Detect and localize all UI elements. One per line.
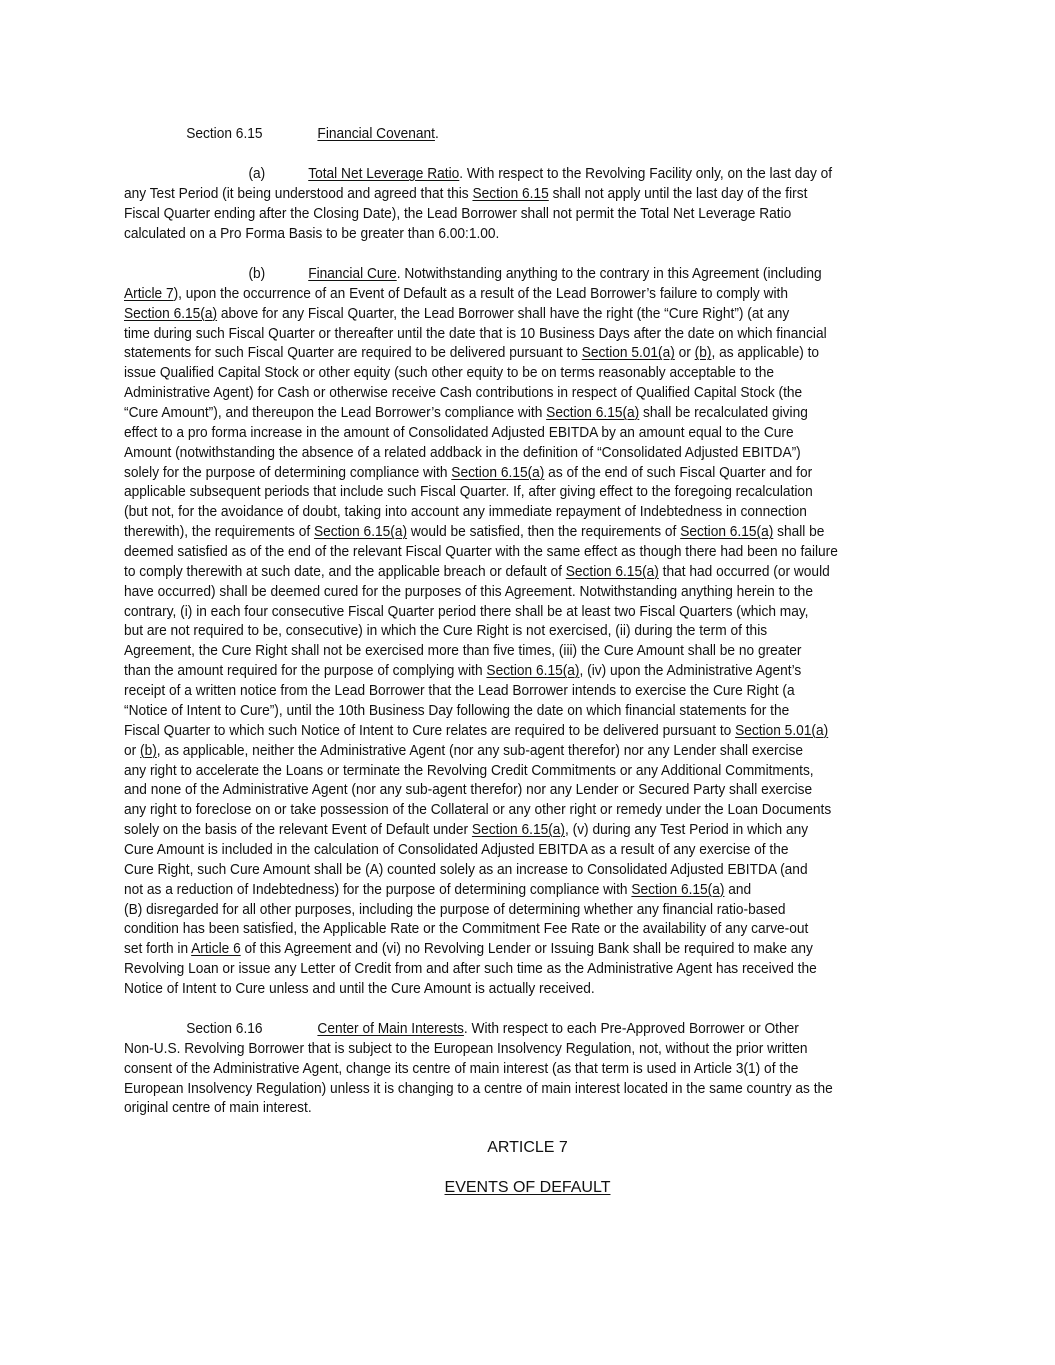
cross-reference-link[interactable]: Article 6	[191, 940, 241, 957]
text-line: (B) disregarded for all other purposes, …	[124, 900, 865, 920]
text-run: , as applicable, neither the Administrat…	[157, 742, 803, 759]
text-run: ), upon the occurrence of an Event of De…	[174, 285, 788, 302]
text-run: shall be recalculated giving	[639, 404, 808, 421]
text-line: European Insolvency Regulation) unless i…	[124, 1079, 865, 1099]
cross-reference-link[interactable]: Section 6.15(a)	[314, 523, 407, 540]
text-line: solely on the basis of the relevant Even…	[124, 820, 865, 840]
text-run: therewith), the requirements of	[124, 523, 314, 540]
text-run: , as applicable) to	[711, 344, 819, 361]
text-line: applicable subsequent periods that inclu…	[124, 482, 865, 502]
section-title: Center of Main Interests	[317, 1020, 463, 1037]
text-line: deemed satisfied as of the end of the re…	[124, 542, 865, 562]
text-line: to comply therewith at such date, and th…	[124, 562, 865, 582]
text-run: or	[675, 344, 695, 361]
section-6-15-heading: Section 6.15Financial Covenant.	[124, 124, 865, 144]
text-run: European Insolvency Regulation) unless i…	[124, 1080, 833, 1097]
text-line: calculated on a Pro Forma Basis to be gr…	[124, 224, 865, 244]
text-run: have occurred) shall be deemed cured for…	[124, 583, 813, 600]
text-run: Fiscal Quarter ending after the Closing …	[124, 205, 791, 222]
paragraph-heading: Financial Cure	[308, 265, 396, 282]
text-line: have occurred) shall be deemed cured for…	[124, 582, 865, 602]
paragraph-heading: Total Net Leverage Ratio	[308, 165, 459, 182]
text-run: receipt of a written notice from the Lea…	[124, 682, 795, 699]
text-run: effect to a pro forma increase in the am…	[124, 424, 794, 441]
text-run: deemed satisfied as of the end of the re…	[124, 543, 838, 560]
text-run: and none of the Administrative Agent (no…	[124, 781, 812, 798]
text-run: but are not required to be, consecutive)…	[124, 622, 767, 639]
text-run: of this Agreement and (vi) no Revolving …	[241, 940, 813, 957]
text-run: Revolving Loan or issue any Letter of Cr…	[124, 960, 817, 977]
text-line: Section 6.15(a) above for any Fiscal Qua…	[124, 304, 865, 324]
text-run: or	[124, 742, 140, 759]
text-run: Administrative Agent) for Cash or otherw…	[124, 384, 802, 401]
text-run: solely on the basis of the relevant Even…	[124, 821, 472, 838]
cross-reference-link[interactable]: Section 6.15	[472, 185, 548, 202]
text-line: and none of the Administrative Agent (no…	[124, 780, 865, 800]
text-run: above for any Fiscal Quarter, the Lead B…	[217, 305, 789, 322]
text-run: that had occurred (or would	[659, 563, 830, 580]
text-run: as of the end of such Fiscal Quarter and…	[544, 464, 812, 481]
text-line: Fiscal Quarter to which such Notice of I…	[124, 721, 865, 741]
text-line: time during such Fiscal Quarter or there…	[124, 324, 865, 344]
text-run: any right to foreclose on or take posses…	[124, 801, 831, 818]
text-line: Administrative Agent) for Cash or otherw…	[124, 383, 865, 403]
text-run: to comply therewith at such date, and th…	[124, 563, 566, 580]
punctuation: .	[435, 125, 439, 142]
text-line: any Test Period (it being understood and…	[124, 184, 865, 204]
text-run: applicable subsequent periods that inclu…	[124, 483, 813, 500]
paragraph-label: (b)	[248, 265, 265, 282]
text-line: Fiscal Quarter ending after the Closing …	[124, 204, 865, 224]
text-run: shall not apply until the last day of th…	[549, 185, 808, 202]
paragraph-first-line: (b)Financial Cure. Notwithstanding anyth…	[124, 264, 865, 284]
section-number: Section 6.16	[186, 1020, 262, 1037]
text-line: original centre of main interest.	[124, 1098, 865, 1118]
cross-reference-link[interactable]: (b)	[140, 742, 157, 759]
text-line: Cure Right, such Cure Amount shall be (A…	[124, 860, 865, 880]
cross-reference-link[interactable]: Article 7	[124, 285, 174, 302]
text-line: Non-U.S. Revolving Borrower that is subj…	[124, 1039, 865, 1059]
text-run: time during such Fiscal Quarter or there…	[124, 325, 827, 342]
text-run: . With respect to the Revolving Facility…	[459, 165, 832, 182]
text-run: , (v) during any Test Period in which an…	[565, 821, 808, 838]
text-line: or (b), as applicable, neither the Admin…	[124, 741, 865, 761]
cross-reference-link[interactable]: Section 6.15(a)	[124, 305, 217, 322]
text-line: receipt of a written notice from the Lea…	[124, 681, 865, 701]
text-run: would be satisfied, then the requirement…	[407, 523, 680, 540]
text-run: Cure Amount is included in the calculati…	[124, 841, 789, 858]
text-line: Agreement, the Cure Right shall not be e…	[124, 641, 865, 661]
article-heading: ARTICLE 7	[0, 1138, 1055, 1158]
text-run: Amount (notwithstanding the absence of a…	[124, 444, 801, 461]
text-run: Fiscal Quarter to which such Notice of I…	[124, 722, 735, 739]
text-line: Cure Amount is included in the calculati…	[124, 840, 865, 860]
text-run: original centre of main interest.	[124, 1099, 312, 1116]
text-run: issue Qualified Capital Stock or other e…	[124, 364, 774, 381]
text-line: solely for the purpose of determining co…	[124, 463, 865, 483]
cross-reference-link[interactable]: Section 6.15(a)	[566, 563, 659, 580]
text-run: “Notice of Intent to Cure”), until the 1…	[124, 702, 789, 719]
cross-reference-link[interactable]: (b)	[695, 344, 712, 361]
text-run: Agreement, the Cure Right shall not be e…	[124, 642, 801, 659]
text-run: solely for the purpose of determining co…	[124, 464, 451, 481]
cross-reference-link[interactable]: Section 6.15(a)	[486, 662, 579, 679]
text-run: (but not, for the avoidance of doubt, ta…	[124, 503, 807, 520]
text-run: Notice of Intent to Cure unless and unti…	[124, 980, 595, 997]
text-run: shall be	[773, 523, 824, 540]
cross-reference-link[interactable]: Section 6.15(a)	[472, 821, 565, 838]
text-run: calculated on a Pro Forma Basis to be gr…	[124, 225, 499, 242]
text-run: any Test Period (it being understood and…	[124, 185, 472, 202]
paragraph-first-line: (a)Total Net Leverage Ratio. With respec…	[124, 164, 865, 184]
text-line: statements for such Fiscal Quarter are r…	[124, 343, 865, 363]
text-run: . Notwithstanding anything to the contra…	[397, 265, 822, 282]
cross-reference-link[interactable]: Section 6.15(a)	[680, 523, 773, 540]
text-run: any right to accelerate the Loans or ter…	[124, 762, 814, 779]
text-line: “Notice of Intent to Cure”), until the 1…	[124, 701, 865, 721]
text-line: consent of the Administrative Agent, cha…	[124, 1059, 865, 1079]
text-line: not as a reduction of Indebtedness) for …	[124, 880, 865, 900]
text-run: and	[724, 881, 751, 898]
text-line: therewith), the requirements of Section …	[124, 522, 865, 542]
text-line: than the amount required for the purpose…	[124, 661, 865, 681]
text-run: than the amount required for the purpose…	[124, 662, 486, 679]
cross-reference-link[interactable]: Section 5.01(a)	[582, 344, 675, 361]
text-line: Article 7), upon the occurrence of an Ev…	[124, 284, 865, 304]
text-line: Notice of Intent to Cure unless and unti…	[124, 979, 865, 999]
text-run: statements for such Fiscal Quarter are r…	[124, 344, 582, 361]
section-title: Financial Covenant	[317, 125, 435, 142]
section-number: Section 6.15	[186, 125, 262, 142]
text-run: set forth in	[124, 940, 191, 957]
cross-reference-link[interactable]: Section 6.15(a)	[451, 464, 544, 481]
text-line: (but not, for the avoidance of doubt, ta…	[124, 502, 865, 522]
text-line: but are not required to be, consecutive)…	[124, 621, 865, 641]
text-line: issue Qualified Capital Stock or other e…	[124, 363, 865, 383]
text-run: Cure Right, such Cure Amount shall be (A…	[124, 861, 808, 878]
text-run: “Cure Amount”), and thereupon the Lead B…	[124, 404, 546, 421]
text-line: any right to foreclose on or take posses…	[124, 800, 865, 820]
text-run: consent of the Administrative Agent, cha…	[124, 1060, 798, 1077]
text-line: condition has been satisfied, the Applic…	[124, 919, 865, 939]
cross-reference-link[interactable]: Section 5.01(a)	[735, 722, 828, 739]
article-title-text: EVENTS OF DEFAULT	[445, 1179, 611, 1196]
text-run: contrary, (i) in each four consecutive F…	[124, 603, 808, 620]
text-run: Non-U.S. Revolving Borrower that is subj…	[124, 1040, 808, 1057]
text-run: . With respect to each Pre-Approved Borr…	[464, 1020, 799, 1037]
text-line: any right to accelerate the Loans or ter…	[124, 761, 865, 781]
article-title: EVENTS OF DEFAULT	[0, 1178, 1055, 1198]
cross-reference-link[interactable]: Section 6.15(a)	[546, 404, 639, 421]
text-run: (B) disregarded for all other purposes, …	[124, 901, 785, 918]
text-line: contrary, (i) in each four consecutive F…	[124, 602, 865, 622]
text-line: Amount (notwithstanding the absence of a…	[124, 443, 865, 463]
text-line: set forth in Article 6 of this Agreement…	[124, 939, 865, 959]
text-line: effect to a pro forma increase in the am…	[124, 423, 865, 443]
text-line: “Cure Amount”), and thereupon the Lead B…	[124, 403, 865, 423]
cross-reference-link[interactable]: Section 6.15(a)	[631, 881, 724, 898]
section-first-line: Section 6.16Center of Main Interests. Wi…	[124, 1019, 865, 1039]
text-line: Revolving Loan or issue any Letter of Cr…	[124, 959, 865, 979]
text-run: not as a reduction of Indebtedness) for …	[124, 881, 631, 898]
text-run: , (iv) upon the Administrative Agent’s	[579, 662, 801, 679]
paragraph-label: (a)	[248, 165, 265, 182]
text-run: condition has been satisfied, the Applic…	[124, 920, 808, 937]
document-page: Section 6.15Financial Covenant. (a)Total…	[0, 0, 1055, 1365]
